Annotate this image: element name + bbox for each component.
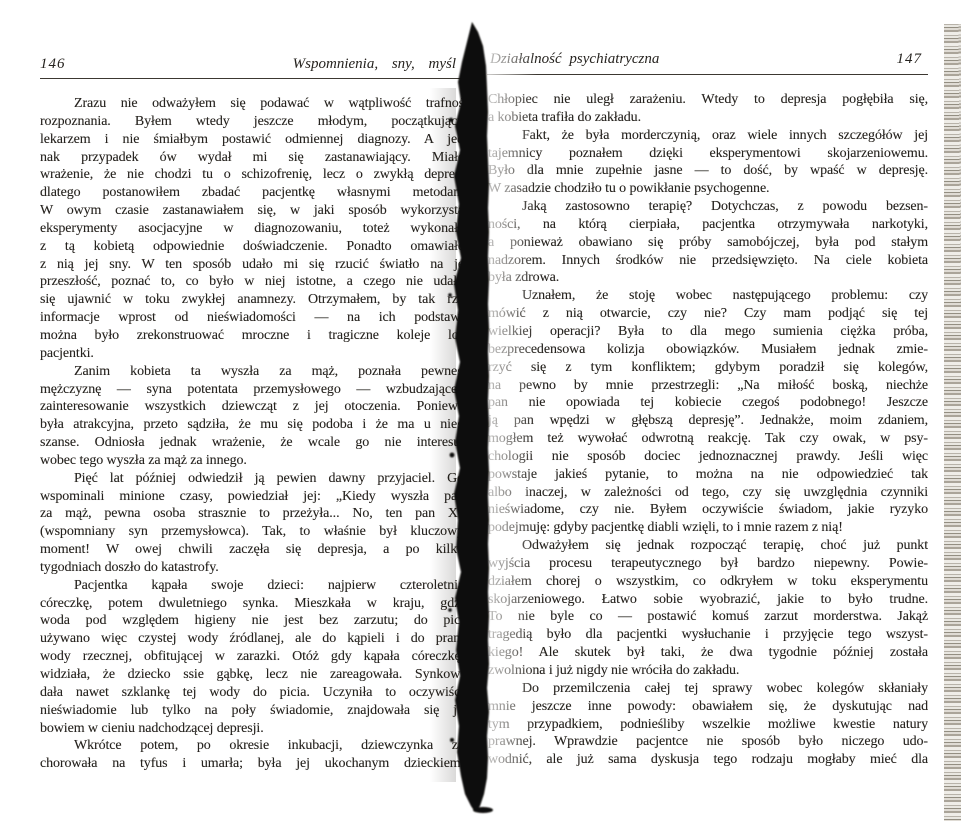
text-line: mówić z nią otwarcie, czy nie? Czy mam p… — [488, 305, 928, 323]
text-line: mogłem też wywołać odwrotną reakcję. Tak… — [488, 430, 928, 448]
text-line: wodnić, ale już sama dyskusja tego rodza… — [488, 751, 928, 769]
text-line: Uznałem, że stoję wobec następującego pr… — [488, 287, 928, 305]
text-line: rzyć się z tym konfliktem; gdybym poradz… — [488, 359, 928, 377]
text-line: nieświadome, czy nie. Byłem oczywiście ś… — [488, 501, 928, 519]
text-line: tragedią było dla pacjentki wysłuchanie … — [488, 626, 928, 644]
text-line: Do przemilczenia całej tej sprawy wobec … — [488, 680, 928, 698]
right-running-header: Działalność psychiatryczna — [488, 51, 659, 68]
page-edge-texture — [944, 24, 961, 821]
text-line: nadzorem. Innych środków nie przedsięwzi… — [488, 252, 928, 270]
text-line: wielkiej operacji? Była to dla mego sumi… — [488, 323, 928, 341]
text-line: wyjścia procesu terapeutycznego był bard… — [488, 555, 928, 573]
text-line: tym przypadkiem, podnieśliby wszelkie mo… — [488, 716, 928, 734]
text-line: Chłopiec nie uległ zarażeniu. Wtedy to d… — [488, 91, 928, 109]
text-line: W zasadzie chodziło tu o powikłanie psyc… — [488, 180, 928, 198]
text-line: skojarzeniowego. Łatwo sobie wyobrazić, … — [488, 591, 928, 609]
text-line: albo inaczej, w zależności od tego, czy … — [488, 484, 928, 502]
text-line: ją pan wpędzi w głębszą depresję”. Jedna… — [488, 412, 928, 430]
text-line: chologii nie sposób dociec jednoznacznej… — [488, 448, 928, 466]
text-line: kiego! Ale skutek był taki, że dwa tygod… — [488, 644, 928, 662]
text-line: Jaką zastosowno terapię? Dotychczas, z p… — [488, 198, 928, 216]
text-line: bezprecedensowa kolizja obowiązków. Musi… — [488, 341, 928, 359]
text-line: powstaje jakieś pytanie, to można na nie… — [488, 466, 928, 484]
text-line: prawnej. Wprawdzie pacjentce nie sposób … — [488, 733, 928, 751]
text-line: zwolniona i już nigdy nie wróciła do zak… — [488, 662, 928, 680]
right-page-header: Działalność psychiatryczna 147 — [488, 51, 928, 68]
text-line: To nie byle co — postawić komuś zarzut m… — [488, 608, 928, 626]
right-page: Działalność psychiatryczna 147 Chłopiec … — [0, 0, 962, 821]
text-line: podejmuję: gdyby pacjentkę diabli wzięli… — [488, 519, 928, 537]
right-page-number: 147 — [897, 51, 929, 68]
text-line: działem chorej o wszystkim, co odkryłem … — [488, 573, 928, 591]
right-header-rule — [487, 74, 928, 75]
text-line: była zdrowa. — [488, 269, 928, 287]
text-line: pan nie opowiada tej kobiecie czegoś pod… — [488, 394, 928, 412]
book-spread-scan: 146 Wspomnienia, sny, myśl Zrazu nie odw… — [0, 0, 962, 821]
text-line: a ponieważ obawiano się próby samobójcze… — [488, 234, 928, 252]
text-line: Odważyłem się jednak rozpocząć terapię, … — [488, 537, 928, 555]
text-line: ności, na którą cierpiała, pacjentka otr… — [488, 216, 928, 234]
text-line: a kobieta trafiła do zakładu. — [488, 109, 928, 127]
text-line: tajemnicy poznałem dzięki eksperymentowi… — [488, 145, 928, 163]
text-line: Było dla mnie zupełnie jasne — to dość, … — [488, 162, 928, 180]
text-line: na pewno by mnie przestrzegli: „Na miłoś… — [488, 377, 928, 395]
text-line: mnie jeszcze inne powody: obawiałem się,… — [488, 698, 928, 716]
right-page-body: Chłopiec nie uległ zarażeniu. Wtedy to d… — [488, 91, 928, 773]
text-line: Fakt, że była morderczynią, oraz wiele i… — [488, 127, 928, 145]
